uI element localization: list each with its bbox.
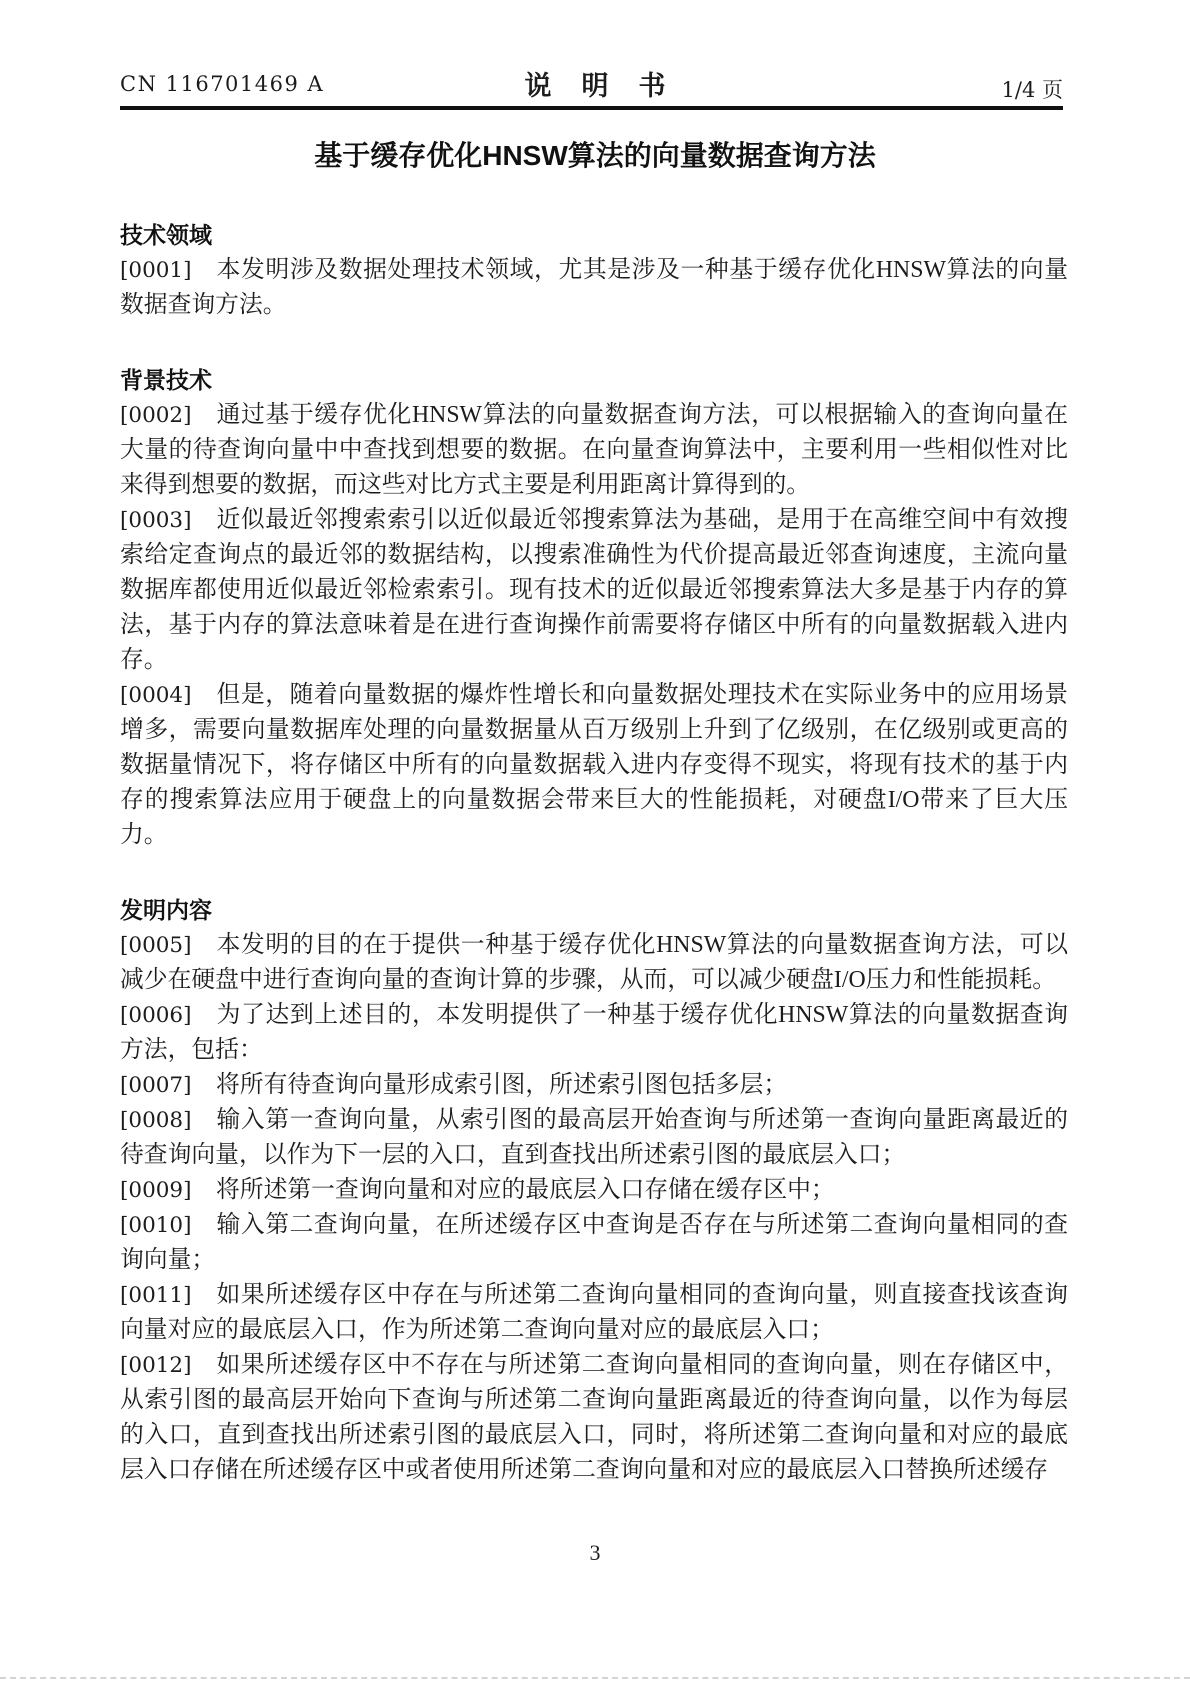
numbered-paragraph: [0011]如果所述缓存区中存在与所述第二查询向量相同的查询向量，则直接查找该查… xyxy=(120,1278,1068,1348)
section-heading: 背景技术 xyxy=(120,363,1068,398)
patent-specification-page: CN 116701469 A 说明书 1/4 页 基于缓存优化HNSW算法的向量… xyxy=(0,0,1190,1684)
paragraph-number: [0011] xyxy=(120,1278,216,1313)
paragraph-number: [0008] xyxy=(120,1103,216,1138)
paragraph-number: [0004] xyxy=(120,678,216,713)
specification-body: 技术领域[0001]本发明涉及数据处理技术领域，尤其是涉及一种基于缓存优化HNS… xyxy=(120,218,1068,1488)
paragraph-number: [0001] xyxy=(120,253,216,288)
paragraph-text: 如果所述缓存区中不存在与所述第二查询向量相同的查询向量，则在存储区中，从索引图的… xyxy=(120,1352,1068,1483)
paragraph-text: 近似最近邻搜索索引以近似最近邻搜索算法为基础，是用于在高维空间中有效搜索给定查询… xyxy=(120,507,1068,673)
paragraph-number: [0003] xyxy=(120,503,216,538)
spec-section: 技术领域[0001]本发明涉及数据处理技术领域，尤其是涉及一种基于缓存优化HNS… xyxy=(120,218,1068,323)
paragraph-number: [0012] xyxy=(120,1348,216,1383)
paragraph-number: [0006] xyxy=(120,998,216,1033)
numbered-paragraph: [0004]但是，随着向量数据的爆炸性增长和向量数据处理技术在实际业务中的应用场… xyxy=(120,678,1068,853)
spec-section: 背景技术[0002]通过基于缓存优化HNSW算法的向量数据查询方法，可以根据输入… xyxy=(120,363,1068,853)
paragraph-number: [0009] xyxy=(120,1173,216,1208)
section-heading: 发明内容 xyxy=(120,893,1068,928)
numbered-paragraph: [0012]如果所述缓存区中不存在与所述第二查询向量相同的查询向量，则在存储区中… xyxy=(120,1348,1068,1488)
numbered-paragraph: [0010]输入第二查询向量，在所述缓存区中查询是否存在与所述第二查询向量相同的… xyxy=(120,1208,1068,1278)
section-heading: 技术领域 xyxy=(120,218,1068,253)
numbered-paragraph: [0008]输入第一查询向量，从索引图的最高层开始查询与所述第一查询向量距离最近… xyxy=(120,1103,1068,1173)
paragraph-text: 将所述第一查询向量和对应的最底层入口存储在缓存区中； xyxy=(216,1177,835,1203)
numbered-paragraph: [0006]为了达到上述目的，本发明提供了一种基于缓存优化HNSW算法的向量数据… xyxy=(120,998,1068,1068)
bottom-scan-artifact-line xyxy=(0,1677,1190,1679)
paragraph-number: [0007] xyxy=(120,1068,216,1103)
invention-title: 基于缓存优化HNSW算法的向量数据查询方法 xyxy=(0,136,1190,176)
paragraph-text: 为了达到上述目的，本发明提供了一种基于缓存优化HNSW算法的向量数据查询方法，包… xyxy=(120,1002,1068,1063)
page-indicator: 1/4 页 xyxy=(1002,74,1063,104)
paragraph-text: 但是，随着向量数据的爆炸性增长和向量数据处理技术在实际业务中的应用场景增多，需要… xyxy=(120,682,1068,848)
paragraph-text: 将所有待查询向量形成索引图，所述索引图包括多层； xyxy=(216,1072,787,1098)
paragraph-number: [0002] xyxy=(120,398,216,433)
paragraph-number: [0010] xyxy=(120,1208,216,1243)
page-number: 3 xyxy=(0,1540,1190,1566)
paragraph-text: 输入第一查询向量，从索引图的最高层开始查询与所述第一查询向量距离最近的待查询向量… xyxy=(120,1107,1068,1168)
spec-section: 发明内容[0005]本发明的目的在于提供一种基于缓存优化HNSW算法的向量数据查… xyxy=(120,893,1068,1488)
paragraph-text: 本发明的目的在于提供一种基于缓存优化HNSW算法的向量数据查询方法，可以减少在硬… xyxy=(120,932,1068,993)
header-divider-rule xyxy=(120,106,1063,110)
paragraph-text: 本发明涉及数据处理技术领域，尤其是涉及一种基于缓存优化HNSW算法的向量数据查询… xyxy=(120,257,1068,318)
numbered-paragraph: [0001]本发明涉及数据处理技术领域，尤其是涉及一种基于缓存优化HNSW算法的… xyxy=(120,253,1068,323)
numbered-paragraph: [0007]将所有待查询向量形成索引图，所述索引图包括多层； xyxy=(120,1068,1068,1103)
numbered-paragraph: [0005]本发明的目的在于提供一种基于缓存优化HNSW算法的向量数据查询方法，… xyxy=(120,928,1068,998)
paragraph-number: [0005] xyxy=(120,928,216,963)
paragraph-text: 通过基于缓存优化HNSW算法的向量数据查询方法，可以根据输入的查询向量在大量的待… xyxy=(120,402,1068,498)
numbered-paragraph: [0002]通过基于缓存优化HNSW算法的向量数据查询方法，可以根据输入的查询向… xyxy=(120,398,1068,503)
paragraph-text: 如果所述缓存区中存在与所述第二查询向量相同的查询向量，则直接查找该查询向量对应的… xyxy=(120,1282,1068,1343)
numbered-paragraph: [0009]将所述第一查询向量和对应的最底层入口存储在缓存区中； xyxy=(120,1173,1068,1208)
numbered-paragraph: [0003]近似最近邻搜索索引以近似最近邻搜索算法为基础，是用于在高维空间中有效… xyxy=(120,503,1068,678)
paragraph-text: 输入第二查询向量，在所述缓存区中查询是否存在与所述第二查询向量相同的查询向量； xyxy=(120,1212,1068,1273)
